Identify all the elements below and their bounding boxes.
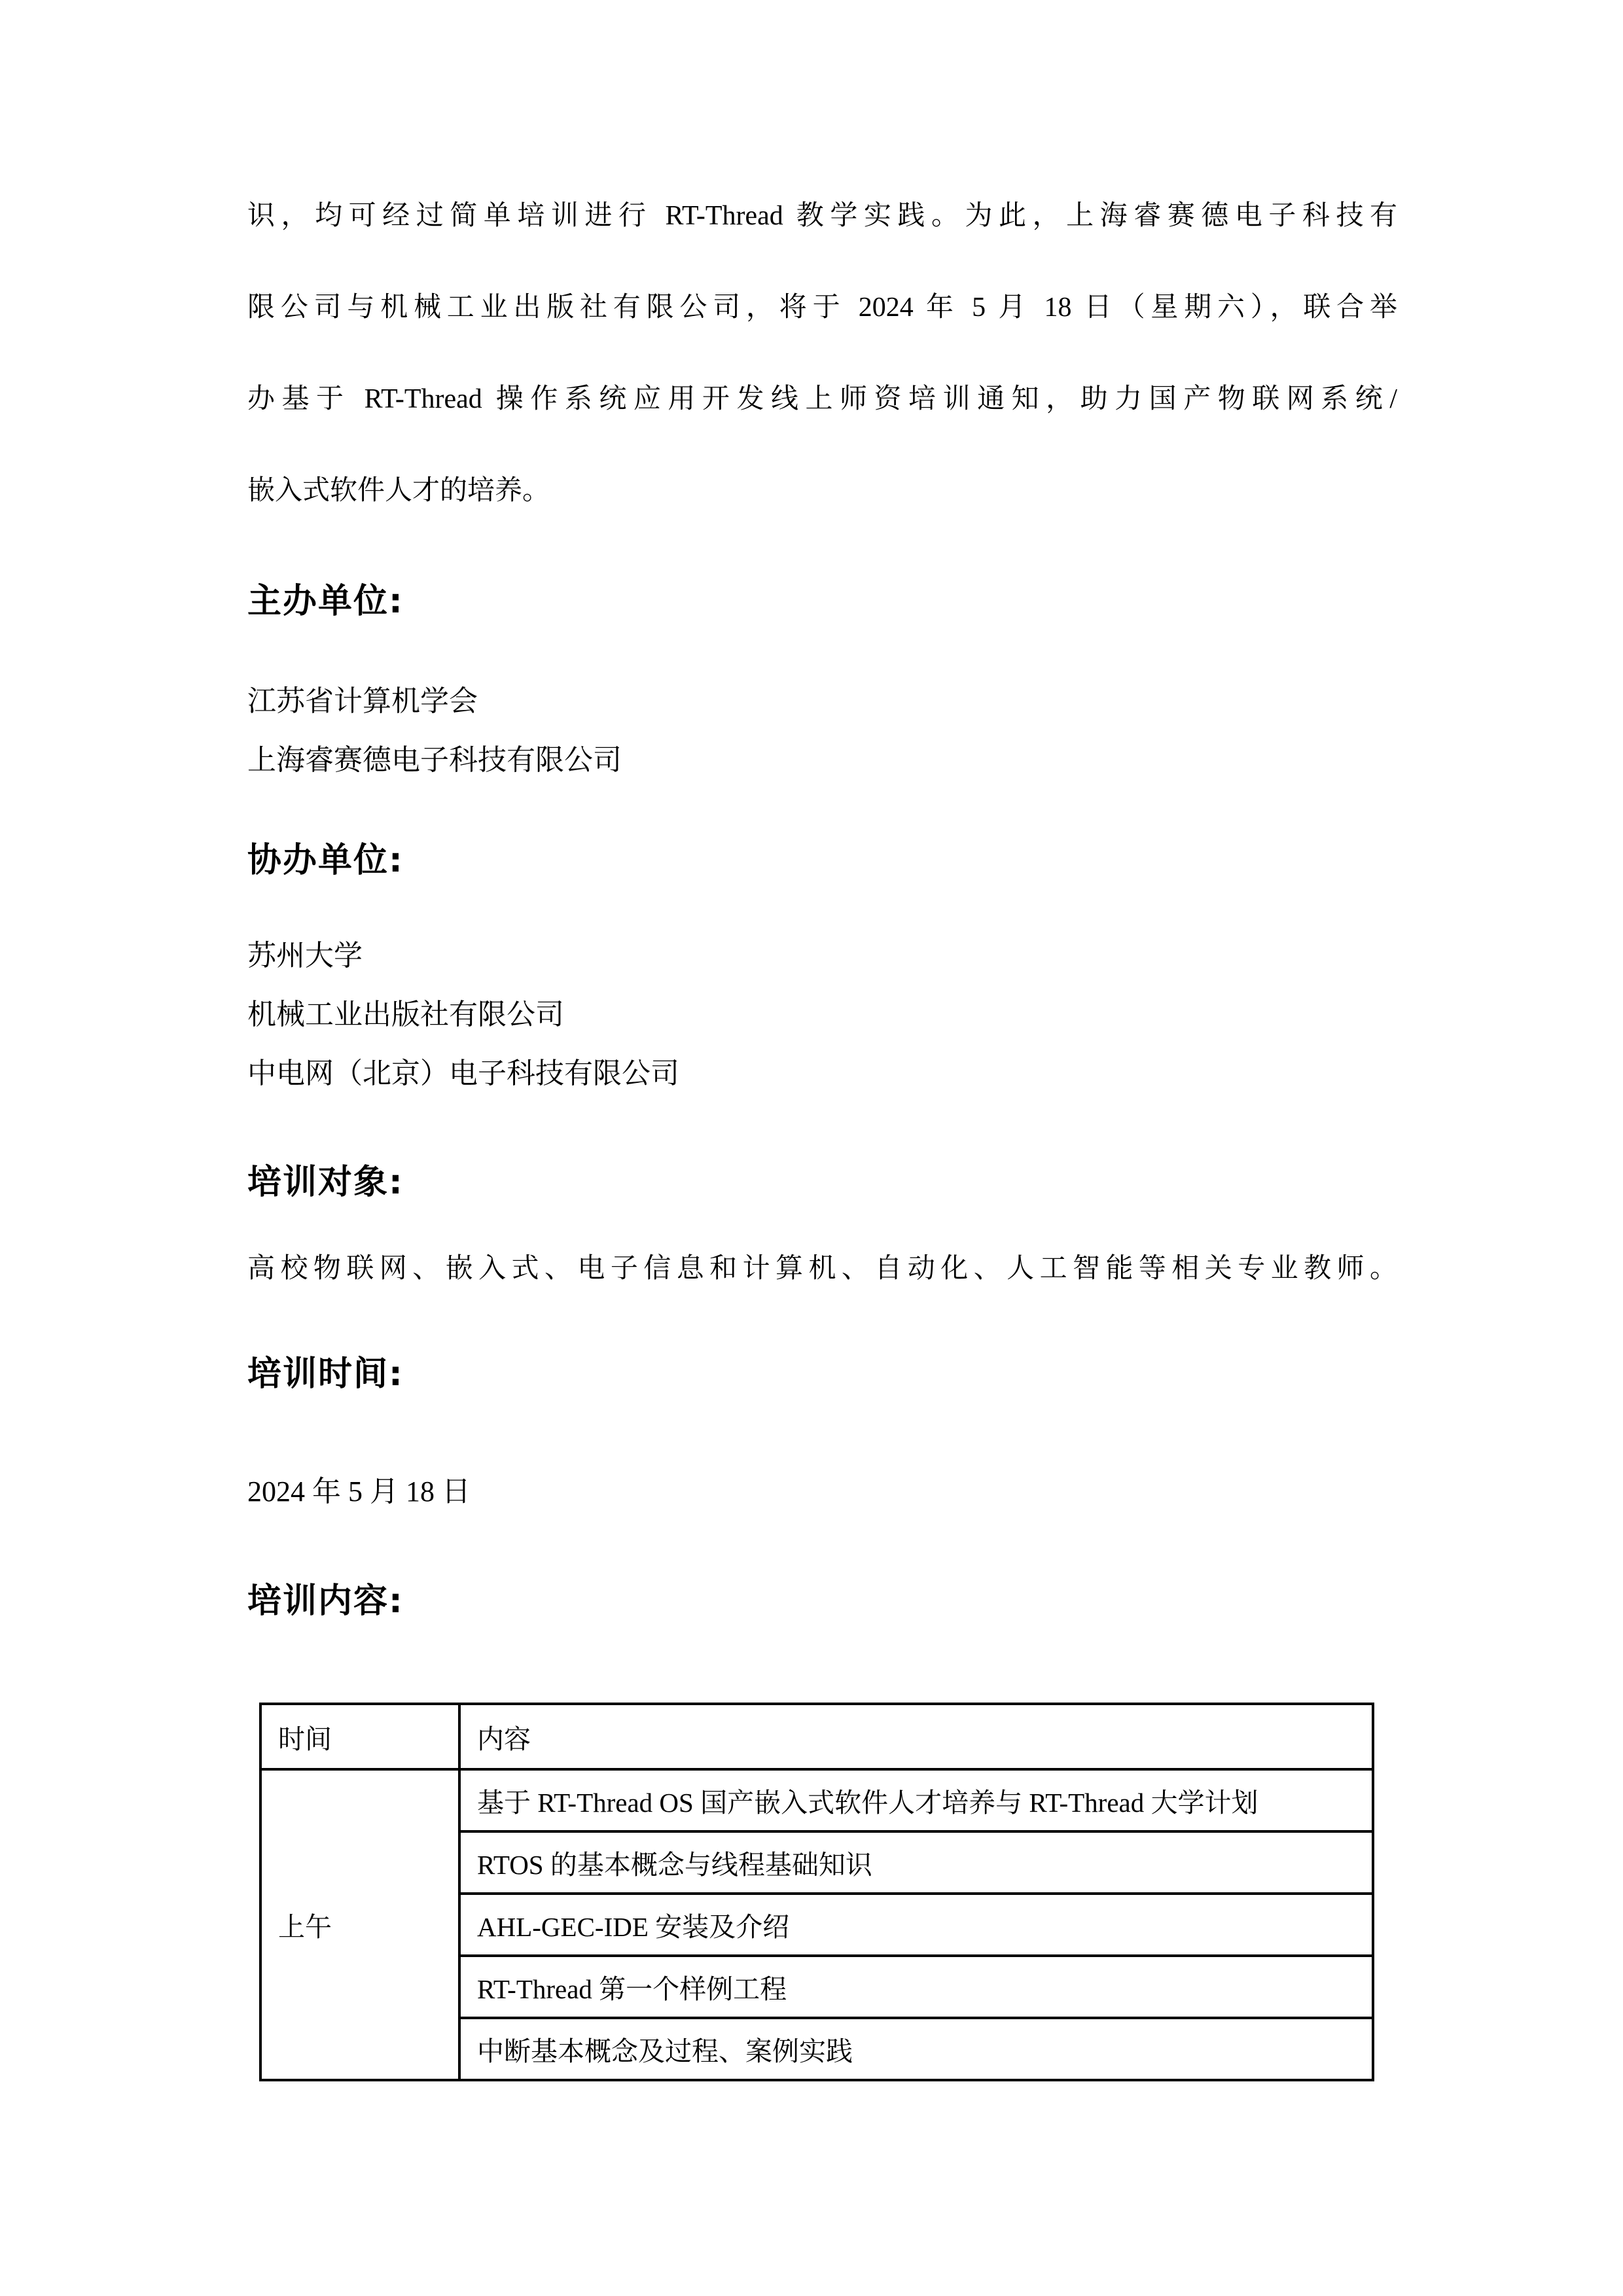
intro-line: 嵌入式软件人才的培养。 — [247, 445, 1397, 537]
document-page: 识，均可经过简单培训进行 RT-Thread 教学实践。为此，上海睿赛德电子科技… — [0, 0, 1623, 2296]
host-item: 江苏省计算机学会 — [247, 672, 1397, 731]
co-organizer-item: 机械工业出版社有限公司 — [247, 985, 1397, 1044]
document-content: 识，均可经过简单培训进行 RT-Thread 教学实践。为此，上海睿赛德电子科技… — [247, 0, 1397, 2081]
intro-line: 识，均可经过简单培训进行 RT-Thread 教学实践。为此，上海睿赛德电子科技… — [247, 170, 1397, 262]
host-list: 江苏省计算机学会 上海睿赛德电子科技有限公司 — [247, 672, 1397, 790]
intro-line: 限公司与机械工业出版社有限公司，将于 2024 年 5 月 18 日（星期六），… — [247, 262, 1397, 353]
schedule-header-row: 时间 内容 — [260, 1704, 1373, 1769]
schedule-item: RTOS 的基本概念与线程基础知识 — [459, 1831, 1373, 1894]
training-date: 2024 年 5 月 18 日 — [247, 1462, 1397, 1521]
schedule-item: 基于 RT-Thread OS 国产嵌入式软件人才培养与 RT-Thread 大… — [459, 1769, 1373, 1831]
schedule-item: RT-Thread 第一个样例工程 — [459, 1956, 1373, 2018]
section-heading-time: 培训时间: — [247, 1351, 1397, 1397]
schedule-row: 上午 基于 RT-Thread OS 国产嵌入式软件人才培养与 RT-Threa… — [260, 1769, 1373, 1831]
co-organizer-item: 苏州大学 — [247, 927, 1397, 985]
co-organizer-list: 苏州大学 机械工业出版社有限公司 中电网（北京）电子科技有限公司 — [247, 927, 1397, 1103]
section-heading-audience: 培训对象: — [247, 1159, 1397, 1205]
training-schedule-table: 时间 内容 上午 基于 RT-Thread OS 国产嵌入式软件人才培养与 RT… — [259, 1703, 1374, 2081]
schedule-morning-cell: 上午 — [260, 1769, 459, 2080]
audience-text: 高校物联网、嵌入式、电子信息和计算机、自动化、人工智能等相关专业教师。 — [247, 1239, 1397, 1298]
section-heading-content: 培训内容: — [247, 1578, 1397, 1624]
co-organizer-item: 中电网（北京）电子科技有限公司 — [247, 1044, 1397, 1103]
schedule-item: 中断基本概念及过程、案例实践 — [459, 2018, 1373, 2080]
section-heading-co-organizer: 协办单位: — [247, 838, 1397, 883]
section-heading-host: 主办单位: — [247, 578, 1397, 624]
host-item: 上海睿赛德电子科技有限公司 — [247, 731, 1397, 790]
schedule-header-content: 内容 — [459, 1704, 1373, 1769]
schedule-item: AHL-GEC-IDE 安装及介绍 — [459, 1894, 1373, 1956]
intro-line: 办基于 RT-Thread 操作系统应用开发线上师资培训通知，助力国产物联网系统… — [247, 353, 1397, 445]
intro-paragraph: 识，均可经过简单培训进行 RT-Thread 教学实践。为此，上海睿赛德电子科技… — [247, 170, 1397, 537]
schedule-header-time: 时间 — [260, 1704, 459, 1769]
